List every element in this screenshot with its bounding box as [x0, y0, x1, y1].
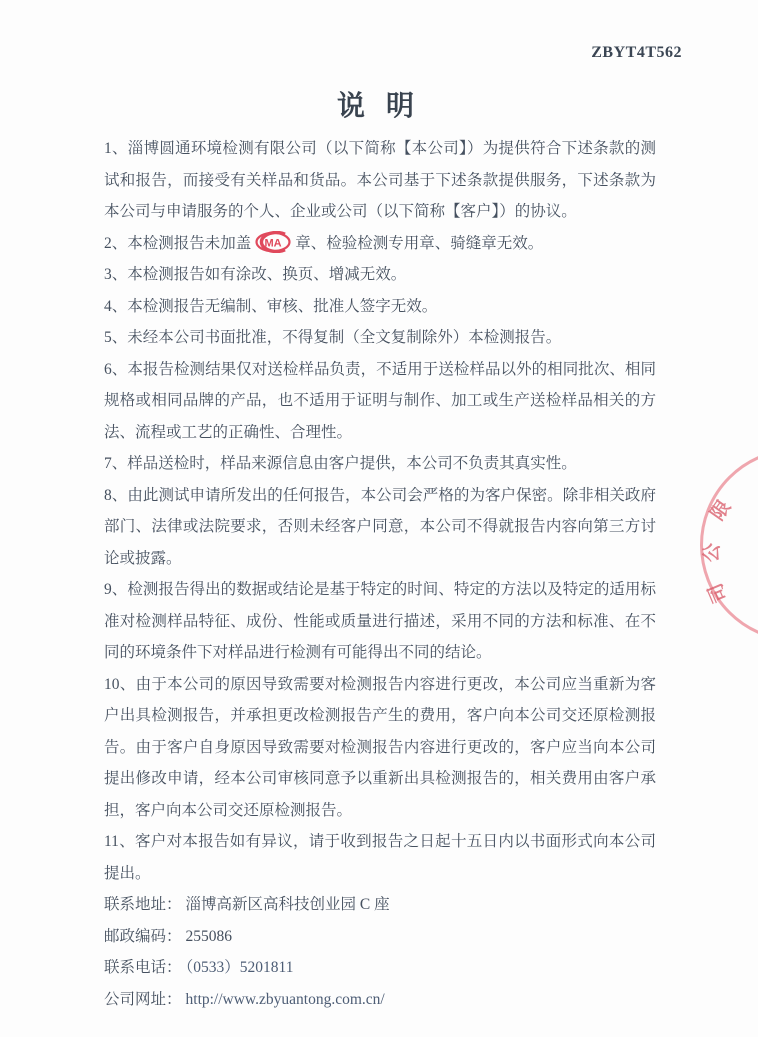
- note-text: 由于本公司的原因导致需要对检测报告内容进行更改，本公司应当重新为客户出具检测报告…: [104, 676, 656, 819]
- contact-address: 联系地址：淄博高新区高科技创业园 C 座: [104, 889, 656, 921]
- note-text: 本检测报告如有涂改、换页、增减无效。: [127, 266, 406, 283]
- note-number: 8、: [104, 487, 127, 504]
- note-number: 6、: [104, 361, 127, 378]
- note-item-1: 1、淄博圆通环境检测有限公司（以下简称【本公司】）为提供符合下述条款的测试和报告…: [104, 133, 656, 228]
- note-item-3: 3、本检测报告如有涂改、换页、增减无效。: [104, 259, 656, 291]
- contact-postcode: 邮政编码：255086: [104, 921, 656, 953]
- contact-label: 联系地址：: [104, 896, 182, 913]
- page-title: 说 明: [0, 84, 758, 124]
- notes-list: 1、淄博圆通环境检测有限公司（以下简称【本公司】）为提供符合下述条款的测试和报告…: [104, 133, 656, 1015]
- note-text: 未经本公司书面批准，不得复制（全文复制除外）本检测报告。: [127, 329, 561, 346]
- cma-mark-text: MA: [265, 237, 282, 249]
- contact-label: 公司网址：: [104, 991, 182, 1008]
- note-item-8: 8、由此测试申请所发出的任何报告，本公司会严格的为客户保密。除非相关政府部门、法…: [104, 480, 656, 575]
- note-number: 10、: [104, 676, 136, 693]
- note-text: 本检测报告无编制、审核、批准人签字无效。: [127, 298, 437, 315]
- note-item-2: 2、本检测报告未加盖MA章、检验检测专用章、骑缝章无效。: [104, 228, 656, 260]
- note-number: 4、: [104, 298, 127, 315]
- note-number: 2、: [104, 235, 127, 252]
- note-number: 11、: [104, 833, 135, 850]
- contact-label: 邮政编码：: [104, 928, 182, 945]
- note-item-7: 7、样品送检时，样品来源信息由客户提供，本公司不负责其真实性。: [104, 448, 656, 480]
- report-code: ZBYT4T562: [591, 44, 682, 62]
- seal-character: 公: [696, 542, 725, 563]
- note-number: 7、: [104, 455, 127, 472]
- note-item-4: 4、本检测报告无编制、审核、批准人签字无效。: [104, 291, 656, 323]
- note-item-10: 10、由于本公司的原因导致需要对检测报告内容进行更改，本公司应当重新为客户出具检…: [104, 669, 656, 827]
- note-text: 淄博圆通环境检测有限公司（以下简称【本公司】）为提供符合下述条款的测试和报告，而…: [104, 140, 656, 220]
- document-page: ZBYT4T562 说 明 1、淄博圆通环境检测有限公司（以下简称【本公司】）为…: [0, 0, 758, 1037]
- note-item-9: 9、检测报告得出的数据或结论是基于特定的时间、特定的方法以及特定的适用标准对检测…: [104, 574, 656, 669]
- contact-label: 联系电话：: [104, 959, 182, 976]
- note-text: 由此测试申请所发出的任何报告，本公司会严格的为客户保密。除非相关政府部门、法律或…: [104, 487, 656, 567]
- contact-value: （0533）5201811: [186, 959, 294, 976]
- contact-value: 淄博高新区高科技创业园 C 座: [186, 896, 390, 913]
- note-number: 1、: [104, 140, 128, 157]
- note-number: 5、: [104, 329, 127, 346]
- contact-value: 255086: [186, 928, 233, 945]
- note-text: 章、检验检测专用章、骑缝章无效。: [295, 235, 543, 252]
- cma-mark-icon: MA: [254, 231, 292, 253]
- contact-website: 公司网址：http://www.zbyuantong.com.cn/: [104, 984, 656, 1016]
- note-text: 本报告检测结果仅对送检样品负责，不适用于送检样品以外的相同批次、相同规格或相同品…: [104, 361, 656, 441]
- note-text: 样品送检时，样品来源信息由客户提供，本公司不负责其真实性。: [127, 455, 577, 472]
- note-item-5: 5、未经本公司书面批准，不得复制（全文复制除外）本检测报告。: [104, 322, 656, 354]
- contact-phone: 联系电话：（0533）5201811: [104, 952, 656, 984]
- contact-website-url: http://www.zbyuantong.com.cn/: [186, 991, 385, 1008]
- note-text: 客户对本报告如有异议，请于收到报告之日起十五日内以书面形式向本公司提出。: [104, 833, 656, 882]
- note-number: 3、: [104, 266, 127, 283]
- note-item-11: 11、客户对本报告如有异议，请于收到报告之日起十五日内以书面形式向本公司提出。: [104, 826, 656, 889]
- note-number: 9、: [104, 581, 127, 598]
- note-text: 检测报告得出的数据或结论是基于特定的时间、特定的方法以及特定的适用标准对检测样品…: [104, 581, 656, 661]
- note-item-6: 6、本报告检测结果仅对送检样品负责，不适用于送检样品以外的相同批次、相同规格或相…: [104, 354, 656, 449]
- note-text: 本检测报告未加盖: [127, 235, 251, 252]
